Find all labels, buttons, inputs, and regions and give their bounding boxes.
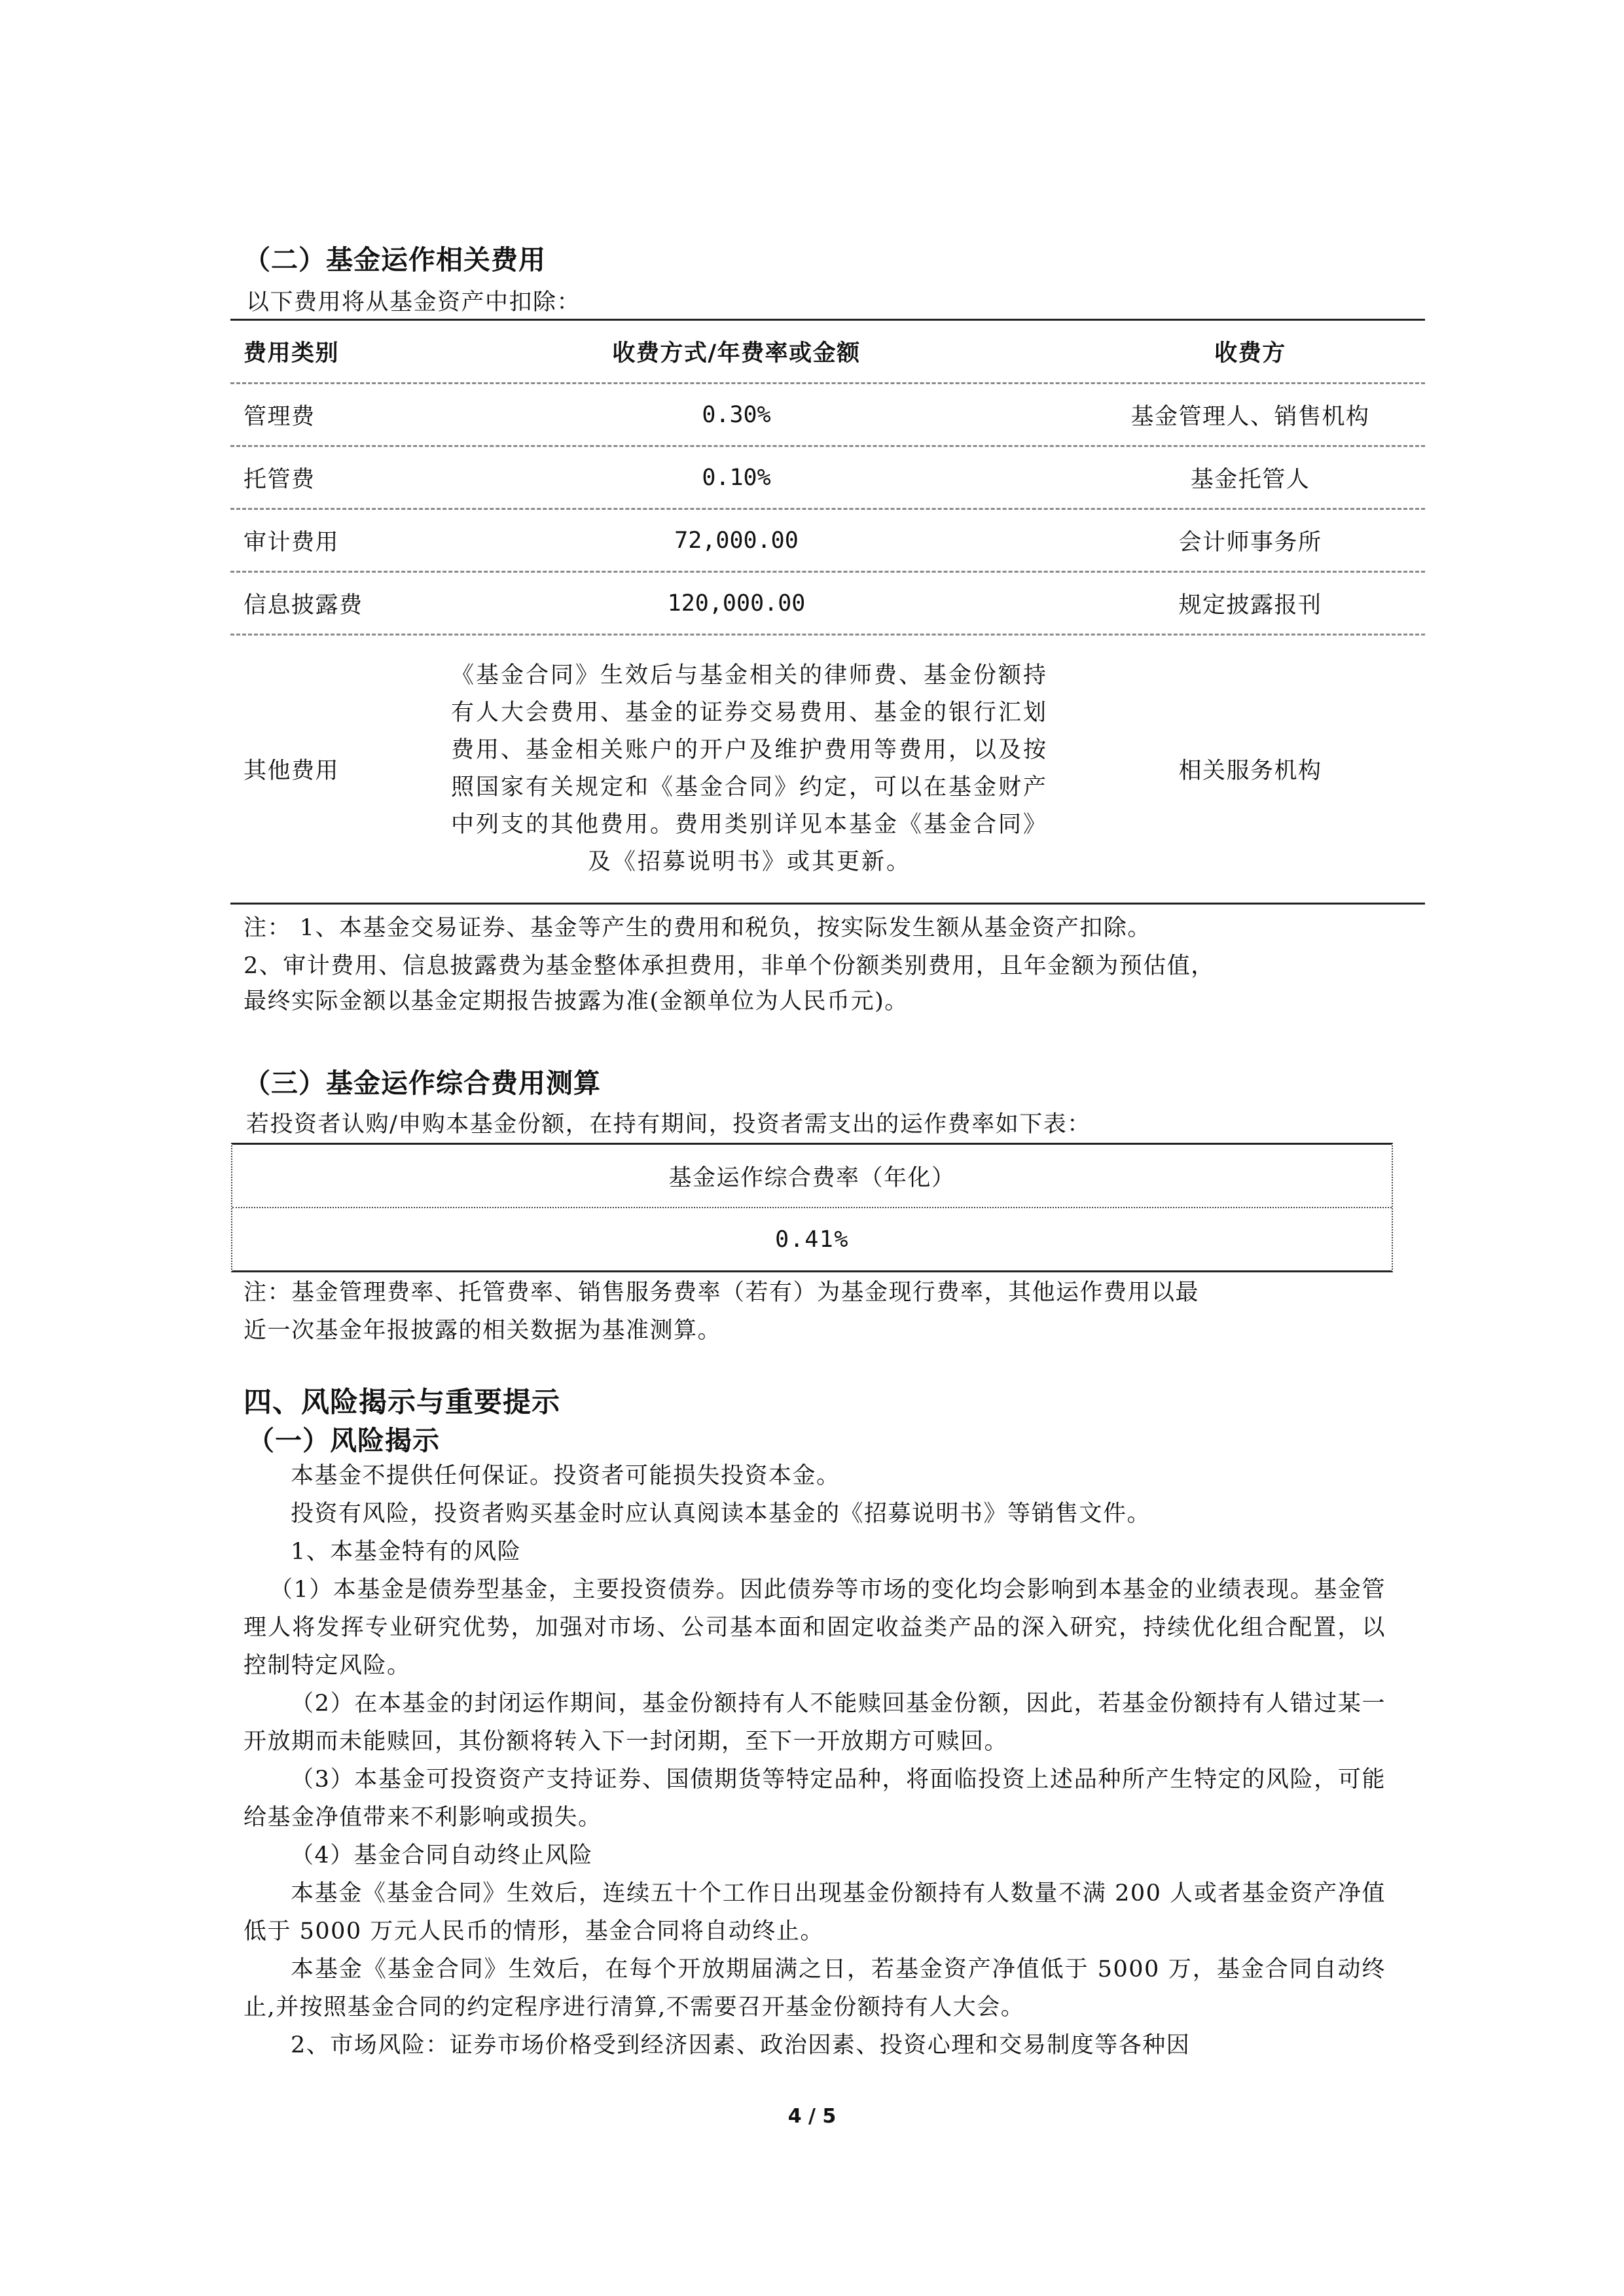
risk-paragraph: （3）本基金可投资资产支持证券、国债期货等特定品种，将面临投资上述品种所产生特定…	[244, 1761, 1386, 1837]
section-heading-risk: 四、风险揭示与重要提示	[244, 1386, 560, 1420]
fee-category: 其他费用	[230, 753, 397, 785]
page-number: 4 / 5	[0, 2105, 1624, 2128]
fee-category: 审计费用	[230, 524, 397, 557]
subheading-risk-disclosure: （一）风险揭示	[247, 1424, 440, 1457]
fee-rate: 0.10%	[397, 465, 1075, 491]
section-heading-fees: （二）基金运作相关费用	[244, 243, 546, 276]
fee-payee: 相关服务机构	[1075, 753, 1425, 785]
fee-payee: 基金托管人	[1075, 461, 1425, 494]
composite-rate-label: 基金运作综合费率（年化）	[232, 1145, 1392, 1208]
risk-paragraph: 2、市场风险：证券市场价格受到经济因素、政治因素、投资心理和交易制度等各种因	[244, 2026, 1386, 2064]
table-row: 审计费用 72,000.00 会计师事务所	[230, 510, 1425, 573]
header-payee: 收费方	[1075, 335, 1425, 368]
fee-rate: 120,000.00	[397, 590, 1075, 617]
fees-note-2: 2、审计费用、信息披露费为基金整体承担费用，非单个份额类别费用，且年金额为预估值…	[244, 952, 1215, 980]
composite-note-1: 注：基金管理费率、托管费率、销售服务费率（若有）为基金现行费率，其他运作费用以最	[244, 1278, 1199, 1307]
table-row: 管理费 0.30% 基金管理人、销售机构	[230, 384, 1425, 447]
table-row: 信息披露费 120,000.00 规定披露报刊	[230, 573, 1425, 636]
fee-table: 费用类别 收费方式/年费率或金额 收费方 管理费 0.30% 基金管理人、销售机…	[230, 319, 1425, 905]
table-row: 托管费 0.10% 基金托管人	[230, 447, 1425, 510]
composite-intro: 若投资者认购/申购本基金份额，在持有期间，投资者需支出的运作费率如下表：	[246, 1110, 1091, 1139]
composite-note-2: 近一次基金年报披露的相关数据为基准测算。	[244, 1316, 721, 1345]
risk-paragraph: （2）在本基金的封闭运作期间，基金份额持有人不能赎回基金份额，因此，若基金份额持…	[244, 1685, 1386, 1761]
risk-paragraph: （4）基金合同自动终止风险	[244, 1837, 1386, 1874]
fees-note-1: 注： 1、本基金交易证券、基金等产生的费用和税负，按实际发生额从基金资产扣除。	[244, 914, 1151, 942]
fee-payee: 规定披露报刊	[1075, 587, 1425, 620]
header-rate: 收费方式/年费率或金额	[397, 335, 1075, 368]
risk-paragraph: 本基金《基金合同》生效后，在每个开放期届满之日，若基金资产净值低于 5000 万…	[244, 1950, 1386, 2026]
header-category: 费用类别	[230, 335, 397, 368]
fee-category: 信息披露费	[230, 587, 397, 620]
fee-category: 管理费	[230, 399, 397, 431]
fee-table-header: 费用类别 收费方式/年费率或金额 收费方	[230, 321, 1425, 384]
risk-paragraph: 本基金不提供任何保证。投资者可能损失投资本金。	[244, 1457, 1386, 1495]
fees-intro: 以下费用将从基金资产中扣除：	[246, 288, 581, 317]
risk-paragraph: 投资有风险，投资者购买基金时应认真阅读本基金的《招募说明书》等销售文件。	[244, 1495, 1386, 1533]
risk-paragraph: （1）本基金是债券型基金，主要投资债券。因此债券等市场的变化均会影响到本基金的业…	[244, 1571, 1386, 1685]
composite-rate-table: 基金运作综合费率（年化） 0.41%	[231, 1143, 1393, 1272]
fee-payee: 会计师事务所	[1075, 524, 1425, 557]
fee-payee: 基金管理人、销售机构	[1075, 399, 1425, 431]
section-heading-composite: （三）基金运作综合费用测算	[244, 1067, 601, 1100]
risk-paragraph: 1、本基金特有的风险	[244, 1533, 1386, 1571]
fee-category: 托管费	[230, 461, 397, 494]
risk-paragraph: 本基金《基金合同》生效后，连续五十个工作日出现基金份额持有人数量不满 200 人…	[244, 1874, 1386, 1950]
fee-rate: 72,000.00	[397, 528, 1075, 554]
fee-rate-description: 《基金合同》生效后与基金相关的律师费、基金份额持有人大会费用、基金的证券交易费用…	[397, 657, 1075, 881]
table-row: 其他费用 《基金合同》生效后与基金相关的律师费、基金份额持有人大会费用、基金的证…	[230, 636, 1425, 903]
risk-body: 本基金不提供任何保证。投资者可能损失投资本金。 投资有风险，投资者购买基金时应认…	[244, 1457, 1386, 2064]
fees-note-3: 最终实际金额以基金定期报告披露为准(金额单位为人民币元)。	[244, 987, 909, 1016]
fee-rate: 0.30%	[397, 402, 1075, 428]
composite-rate-value: 0.41%	[232, 1208, 1392, 1270]
